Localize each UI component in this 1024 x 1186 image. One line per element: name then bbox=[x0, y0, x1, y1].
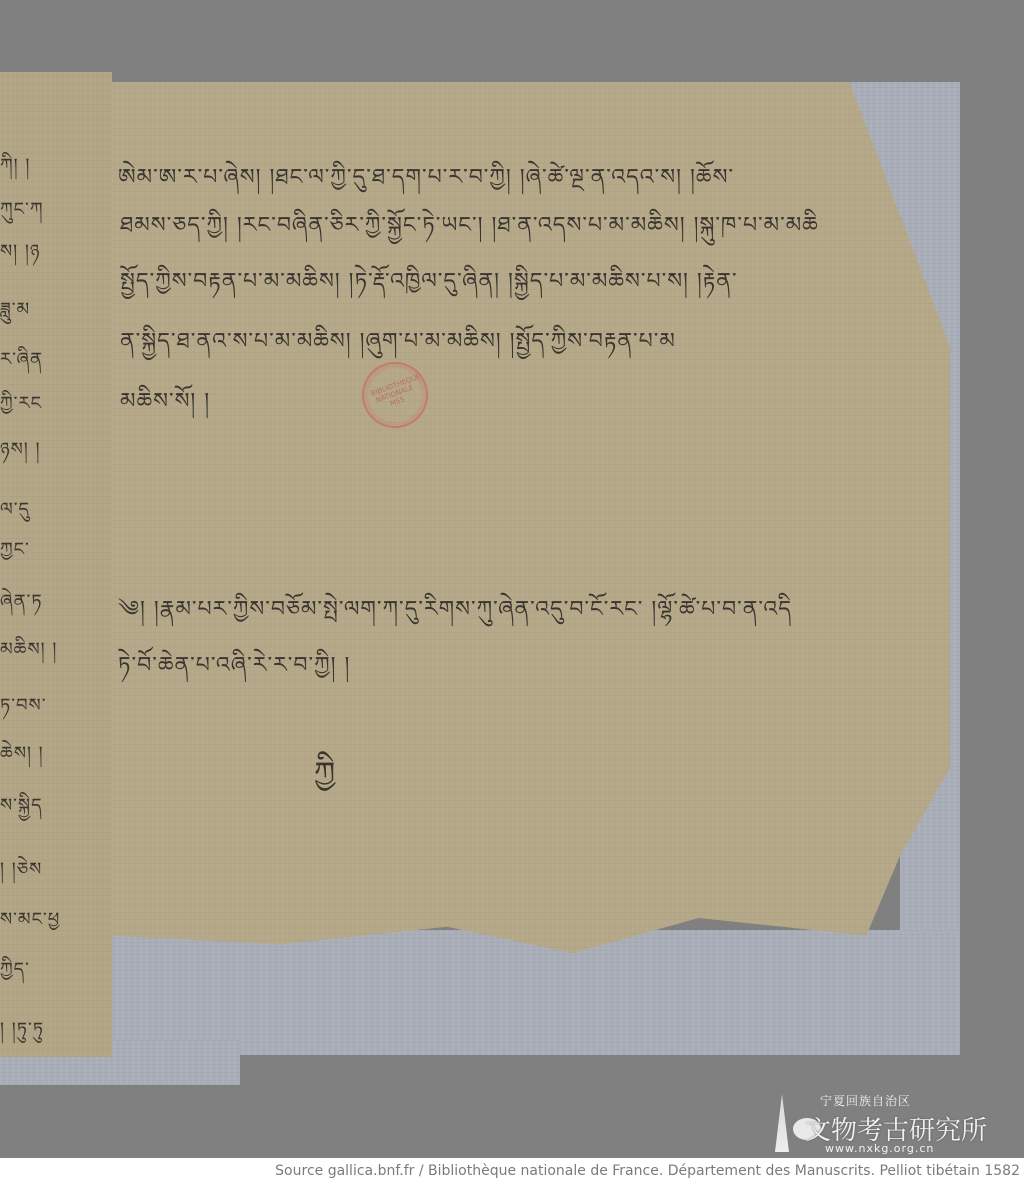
lower-mark: ཀྱི bbox=[314, 740, 364, 824]
pagoda-icon bbox=[775, 1094, 789, 1152]
text-line-3: སྤྱོད་ཀྱིས་བརྟན་པ་མ་མཆིས། །ཏེ་རྡོ་འཁྱིལ་… bbox=[120, 256, 828, 318]
left-fragment-line: ཟླུ་མ bbox=[0, 290, 72, 340]
left-fragment-line: ཉས། ། bbox=[0, 430, 72, 480]
lower-text-line-1: ༄། །རྣམ་པར་ཀྱིས་བཅོམ་སྤེ་ལག་ཀ་དུ་རིགས་ཀུ… bbox=[118, 584, 818, 646]
left-fragment-line: ཏ་བས་ bbox=[0, 686, 72, 736]
left-fragment-line: ཀྱི་རང bbox=[0, 384, 72, 434]
watermark-url: www.nxkg.org.cn bbox=[825, 1142, 934, 1155]
watermark: 宁夏回族自治区 文物考古研究所 www.nxkg.org.cn bbox=[775, 1092, 1015, 1156]
left-fragment-line: ཀི། ། bbox=[0, 146, 72, 196]
left-fragment-line: ཀྱིད་ bbox=[0, 950, 72, 1000]
source-caption: Source gallica.bnf.fr / Bibliothèque nat… bbox=[0, 1158, 1024, 1186]
left-fragment-line: ས་སྐྱིད bbox=[0, 786, 72, 836]
left-fragment-line: ཀྱང་ bbox=[0, 530, 72, 580]
lower-text-line-2: ཏེ་བོ་ཆེན་པ་འཞི་རེ་ར་བ་ཀྱི། ། bbox=[118, 640, 368, 702]
left-fragment-line: ས། །ཉ bbox=[0, 232, 72, 282]
seal-text: BIBLIOTHEQUE NATIONALE MSS bbox=[370, 377, 419, 414]
manuscript-photo: ཨེམ་ཨ་ར་པ་ཞེས། །ཐང་ལ་ཀྱི་དུ་ཐ་དག་པ་ར་བ་ཀ… bbox=[0, 0, 1024, 1186]
text-line-5: མཆིས་སོ། ། bbox=[120, 376, 260, 438]
left-fragment-line: ཆེས། ། bbox=[0, 734, 72, 784]
left-fragment-line: ས་མང་ཕྱ bbox=[0, 900, 72, 950]
left-fragment-line: ཞེན་ཏ bbox=[0, 582, 72, 632]
left-fragment-line: ། །ཅེས bbox=[0, 850, 72, 900]
backing-tissue-bottom bbox=[110, 930, 960, 1055]
left-fragment-line: ། །ཏུ་ཏུ bbox=[0, 1010, 72, 1060]
left-fragment-line: མཆིས། ། bbox=[0, 630, 72, 680]
watermark-region: 宁夏回族自治区 bbox=[820, 1092, 911, 1109]
left-fragment-line: ར་ཞིན bbox=[0, 340, 72, 390]
text-line-2: ཐམས་ཅད་ཀྱི། །རང་བཞིན་ཅིར་ཀྱི་སྐྱོང་ཏེ་ཡང… bbox=[120, 200, 828, 262]
text-line-4: ན་སྐྱིད་ཐ་ནའ་ས་པ་མ་མཆིས། །ཞུག་པ་མ་མཆིས། … bbox=[120, 316, 820, 378]
